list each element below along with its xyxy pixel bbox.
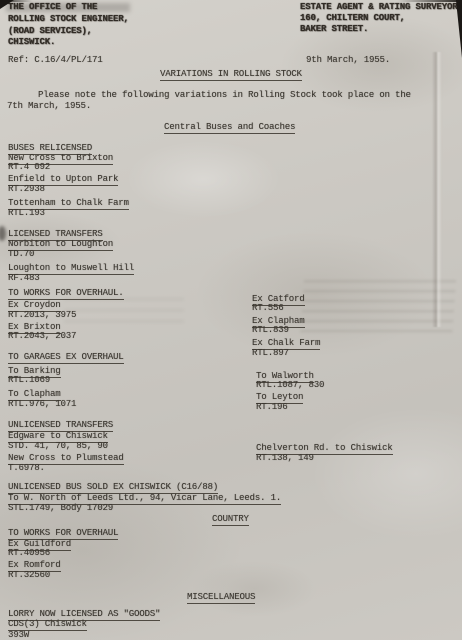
subsection-heading-country-to-works: TO WORKS FOR OVERHAUL — [8, 528, 118, 540]
stock-number-line: RTL.193 — [8, 208, 45, 218]
stock-number-line: RT.2938 — [8, 184, 45, 194]
sender-address-line: THE OFFICE OF THE — [8, 2, 97, 12]
reference-number: Ref: C.16/4/PL/171 — [8, 55, 103, 65]
stock-number-line: T.6978. — [8, 463, 45, 473]
stock-number-line: RTL.1069 — [8, 375, 50, 385]
stock-number-line: RT.556 — [252, 303, 284, 313]
stock-number-line: RTL.976, 1071 — [8, 399, 76, 409]
recipient-address-line: 160, CHILTERN COURT, — [300, 13, 405, 23]
subsection-heading-unlicensed-transfers: UNLICENSED TRANSFERS — [8, 420, 113, 432]
vertical-fold-crease — [432, 52, 442, 327]
subsection-heading-to-works: TO WORKS FOR OVERHAUL. — [8, 288, 124, 300]
stock-number-line: RT.40956 — [8, 548, 50, 558]
stock-number-line: STL.1749, Body 17029 — [8, 503, 113, 513]
stock-number-line: STD. 41, 70, 85, 90 — [8, 441, 108, 451]
page-top-edge-shadow — [0, 0, 462, 2]
stock-number-line: RT.2013, 3975 — [8, 310, 76, 320]
stock-number-line: RT.2043, 2037 — [8, 331, 76, 341]
document-title: VARIATIONS IN ROLLING STOCK — [160, 69, 302, 81]
document-date: 9th March, 1955. — [306, 55, 390, 65]
stock-number-line: RTL.839 — [252, 325, 289, 335]
lorry-detail-line: CDS(3) Chiswick — [8, 619, 87, 631]
intro-paragraph-line: Please note the following variations in … — [38, 90, 411, 100]
sender-address-line: (ROAD SERVICES), — [8, 26, 92, 36]
recipient-address-line: BAKER STREET. — [300, 24, 368, 34]
stock-number-line: RF.483 — [8, 273, 40, 283]
stock-number-line: RT.196 — [256, 402, 288, 412]
recipient-address-line: ESTATE AGENT & RATING SURVEYOR, — [300, 2, 462, 12]
section-heading-central: Central Buses and Coaches — [164, 122, 295, 134]
stock-number-line: RT.32560 — [8, 570, 50, 580]
subsection-heading-bus-sold: UNLICENSED BUS SOLD EX CHISWICK (C16/88) — [8, 482, 218, 494]
stock-number-line: RTL.1087, 830 — [256, 380, 324, 390]
section-heading-miscellaneous: MISCELLANEOUS — [187, 592, 255, 604]
sender-address-line: ROLLING STOCK ENGINEER, — [8, 14, 129, 24]
scanned-document-page: THE OFFICE OF THE ROLLING STOCK ENGINEER… — [0, 0, 462, 640]
section-heading-country: COUNTRY — [212, 514, 249, 526]
document-title-text: VARIATIONS IN ROLLING STOCK — [160, 69, 302, 81]
intro-paragraph-line: 7th March, 1955. — [7, 101, 91, 111]
sender-address-line: CHISWICK. — [8, 37, 55, 47]
stock-number-line: TD.70 — [8, 249, 34, 259]
stock-number-line: RTL.897 — [252, 348, 289, 358]
subsection-heading-to-garages: TO GARAGES EX OVERHAUL — [8, 352, 124, 364]
left-edge-crease-mark — [0, 226, 6, 241]
stock-number-line: RT.4 092 — [8, 162, 50, 172]
stock-number-line: RT.138, 149 — [256, 453, 314, 463]
showthrough-text-mark — [64, 298, 184, 324]
lorry-detail-line: 393W — [8, 630, 29, 640]
